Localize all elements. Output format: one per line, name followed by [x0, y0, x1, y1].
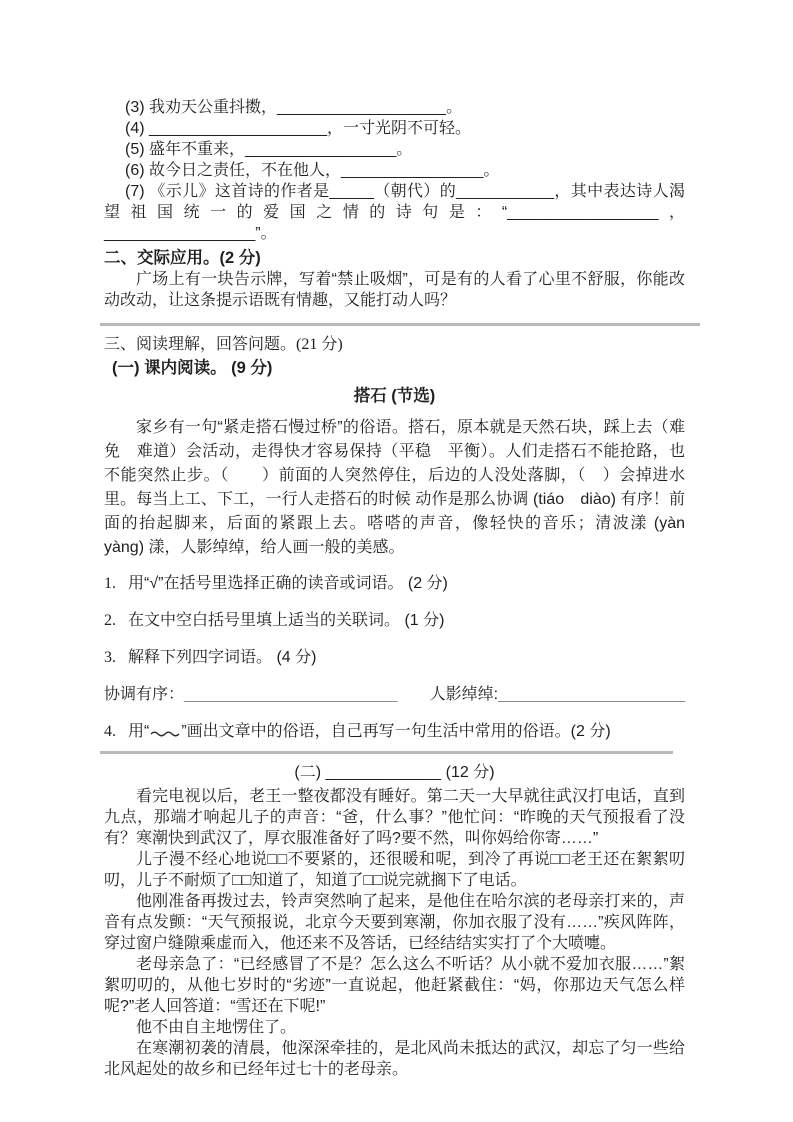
passage2-paragraph-3: 他刚准备再拨过去，铃声突然响了起来，是他住在哈尔滨的老母亲打来的，声音有点发颤：… [104, 891, 685, 954]
section2-heading: 二、交际应用。(2 分) [104, 248, 685, 269]
question-4-number: 4. [104, 723, 116, 740]
section2-body: 广场上有一块告示牌，写着“禁止吸烟”，可是有的人看了心里不舒服，你能改动改动，让… [104, 269, 685, 311]
fill-blank-item-5: (5) 盛年不重来，_________________。 [104, 139, 685, 160]
question-4: 4.用“”画出文章中的俗语，自己再写一句生活中常用的俗语。(2 分) [104, 721, 685, 742]
section-divider [100, 323, 700, 326]
question-2-number: 2. [104, 612, 116, 629]
part2-heading: (二) _____________ (12 分) [104, 762, 685, 783]
passage2-paragraph-4: 老母亲急了：“已经感冒了不是？怎么这么不听话？从小就不爱加衣服……”絮絮叨叨的，… [104, 954, 685, 1017]
wavy-line-mark [150, 729, 180, 737]
fill-blank-item-3: (3) 我劝天公重抖擞，___________________。 [104, 97, 685, 118]
answer-blank: ________________________ [184, 686, 398, 703]
part1-heading: (一) 课内阅读。 (9 分) [104, 358, 685, 379]
question-1: 1.用“√”在括号里选择正确的读音或词语。 (2 分) [104, 573, 685, 594]
fill-blank-item-6: (6) 故今日之责任，不在他人，________________。 [104, 160, 685, 181]
page-content: (3) 我劝天公重抖擞，___________________。 (4) ___… [104, 97, 685, 1080]
question-4-text-suffix: ”画出文章中的俗语，自己再写一句生活中常用的俗语。(2 分) [181, 723, 610, 740]
definition-right: 人影绰绰:_____________________ [430, 684, 685, 705]
question-1-number: 1. [104, 575, 116, 592]
question-4-text-prefix: 用“ [128, 723, 149, 740]
definition-row: 协调有序：________________________ 人影绰绰:_____… [104, 684, 685, 705]
section-fill-in-blanks: (3) 我劝天公重抖擞，___________________。 (4) ___… [104, 97, 685, 244]
term-label: 协调有序： [104, 686, 184, 703]
question-2: 2.在文中空白括号里填上适当的关联词。 (1 分) [104, 610, 685, 631]
question-3-text: 解释下列四字词语。 (4 分) [128, 649, 316, 666]
question-2-text: 在文中空白括号里填上适当的关联词。 (1 分) [128, 612, 444, 629]
question-3: 3.解释下列四字词语。 (4 分) [104, 647, 685, 668]
passage-title: 搭石 (节选) [104, 386, 685, 407]
section-divider [100, 751, 673, 754]
exam-page: (3) 我劝天公重抖擞，___________________。 (4) ___… [0, 0, 793, 1122]
definition-left: 协调有序：________________________ [104, 684, 398, 705]
fill-blank-item-4: (4) ____________________，一寸光阴不可轻。 [104, 118, 685, 139]
passage2-paragraph-5: 他不由自主地愣住了。 [104, 1017, 685, 1038]
fill-blank-item-7: (7) 《示儿》这首诗的作者是_____（朝代）的___________，其中表… [104, 181, 685, 244]
passage-text: 家乡有一句“紧走搭石慢过桥”的俗语。搭石，原本就是天然石块，踩上去（难免 难道）… [104, 416, 685, 560]
passage2-paragraph-1: 看完电视以后，老王一整夜都没有睡好。第二天一大早就往武汉打电话，直到九点，那端才… [104, 786, 685, 849]
question-1-text: 用“√”在括号里选择正确的读音或词语。 (2 分) [128, 575, 448, 592]
answer-blank: _____________________ [498, 686, 685, 703]
section3-heading: 三、阅读理解，回答问题。(21 分) [104, 334, 685, 355]
question-3-number: 3. [104, 649, 116, 666]
term-label: 人影绰绰: [430, 686, 498, 703]
passage2-paragraph-2: 儿子漫不经心地说□□不要紧的，还很暖和呢，到冷了再说□□老王还在絮絮叨叨，儿子不… [104, 849, 685, 891]
passage2-paragraph-6: 在寒潮初袭的清晨，他深深牵挂的，是北风尚未抵达的武汉，却忘了匀一些给北风起处的故… [104, 1038, 685, 1080]
